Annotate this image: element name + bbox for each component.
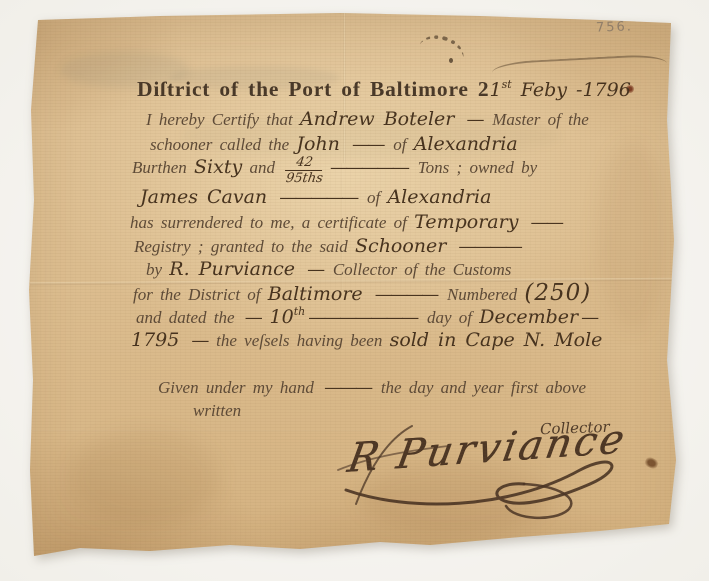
text-segment: ———— — [455, 236, 523, 257]
text-segment: — — [188, 330, 216, 351]
text-segment: ————— — [276, 187, 360, 208]
text-segment: Temporary — [414, 211, 527, 233]
text-segment: —— — [527, 212, 564, 233]
text-segment: st — [502, 78, 512, 91]
paper-shadow: 756. Diſtrict of the Port of Baltimore 2… — [0, 0, 709, 581]
scanner-background: 756. Diſtrict of the Port of Baltimore 2… — [0, 0, 709, 581]
stain — [598, 140, 668, 330]
text-segment: by — [146, 260, 169, 279]
text-segment: Burthen — [132, 158, 194, 177]
text-segment: the veſsels having been — [216, 331, 389, 350]
text-segment: R. Purviance — [169, 258, 304, 280]
text-segment: sold in Cape N. Mole — [390, 329, 603, 351]
text-segment: th — [294, 305, 306, 318]
text-segment: December — [479, 306, 578, 328]
text-segment: the day and year first above — [374, 378, 587, 397]
stain — [70, 430, 220, 525]
text-segment: ———— — [372, 284, 440, 305]
document-line-8: for the District of Baltimore ———— Numbe… — [133, 281, 591, 306]
text-segment: Alexandria — [387, 186, 491, 208]
text-segment: ————— — [327, 157, 411, 178]
text-segment: and dated the — [136, 308, 242, 327]
text-segment: Diſtrict of the Port of Baltimore 2 — [137, 77, 489, 101]
text-segment: Registry ; granted to the said — [134, 237, 355, 256]
document-title-line: Diſtrict of the Port of Baltimore 21st F… — [137, 78, 631, 102]
document-line-6: Registry ; granted to the said Schooner … — [134, 236, 523, 257]
text-segment: ——— — [321, 377, 374, 398]
text-segment: written — [193, 401, 241, 420]
text-segment: — — [304, 259, 326, 280]
text-segment: (250) — [524, 280, 591, 306]
stamp-mark — [414, 30, 468, 77]
text-segment: John — [296, 133, 349, 155]
paper: 756. Diſtrict of the Port of Baltimore 2… — [0, 0, 709, 581]
document-line-3: Burthen Sixty and 4295ths————— Tons ; ow… — [132, 156, 537, 185]
text-segment: Tons ; owned by — [411, 158, 538, 177]
text-segment: Feby -1796 — [512, 79, 631, 101]
text-segment: of — [360, 188, 388, 207]
document-line-7: by R. Purviance — Collector of the Custo… — [146, 259, 511, 280]
text-segment: Andrew Boteler — [300, 108, 463, 130]
document-line-4: James Cavan ————— of Alexandria — [140, 187, 491, 208]
text-segment: day of — [420, 308, 480, 327]
document-line-2: schooner called the John —— of Alexandri… — [150, 134, 518, 155]
text-segment: 1795 — [131, 329, 188, 351]
text-segment: James Cavan — [140, 186, 276, 208]
text-segment: Alexandria — [414, 133, 518, 155]
text-segment: 1 — [489, 79, 501, 101]
text-segment: Given under my hand — [158, 378, 321, 397]
text-segment: has surrendered to me, a certificate of — [130, 213, 414, 232]
text-segment: —— — [349, 134, 386, 155]
text-segment: of — [386, 135, 414, 154]
stamp-mark — [449, 58, 453, 63]
text-segment: — — [578, 307, 600, 328]
text-segment: Collector of the Customs — [326, 260, 512, 279]
text-segment: ——————— — [305, 307, 420, 328]
document-line-1: I hereby Certify that Andrew Boteler — M… — [146, 109, 589, 130]
text-segment: Sixty — [194, 156, 242, 178]
text-segment: 10 — [270, 306, 294, 328]
document-line-11: Given under my hand ——— the day and year… — [158, 378, 586, 398]
document-line-12: written — [193, 402, 241, 421]
text-segment: 42 — [285, 156, 324, 171]
text-segment: Schooner — [355, 235, 455, 257]
text-segment: Baltimore — [268, 283, 372, 305]
text-segment: 95ths — [285, 171, 324, 185]
text-segment: — — [463, 109, 485, 130]
text-segment: Numbered — [440, 285, 525, 304]
text-segment: for the District of — [133, 285, 268, 304]
document-line-5: has surrendered to me, a certificate of … — [130, 212, 564, 233]
text-segment: I hereby Certify that — [146, 110, 300, 129]
text-segment: schooner called the — [150, 135, 296, 154]
pencil-annotation: 756. — [596, 19, 633, 35]
text-segment: and — [242, 158, 282, 177]
text-segment: — — [242, 307, 270, 328]
document-line-9: and dated the — 10th——————— day of Decem… — [136, 306, 600, 328]
text-segment: Master of the — [485, 110, 589, 129]
document-line-10: 1795 — the veſsels having been sold in C… — [131, 330, 602, 351]
tonnage-fraction: 4295ths — [286, 156, 323, 185]
